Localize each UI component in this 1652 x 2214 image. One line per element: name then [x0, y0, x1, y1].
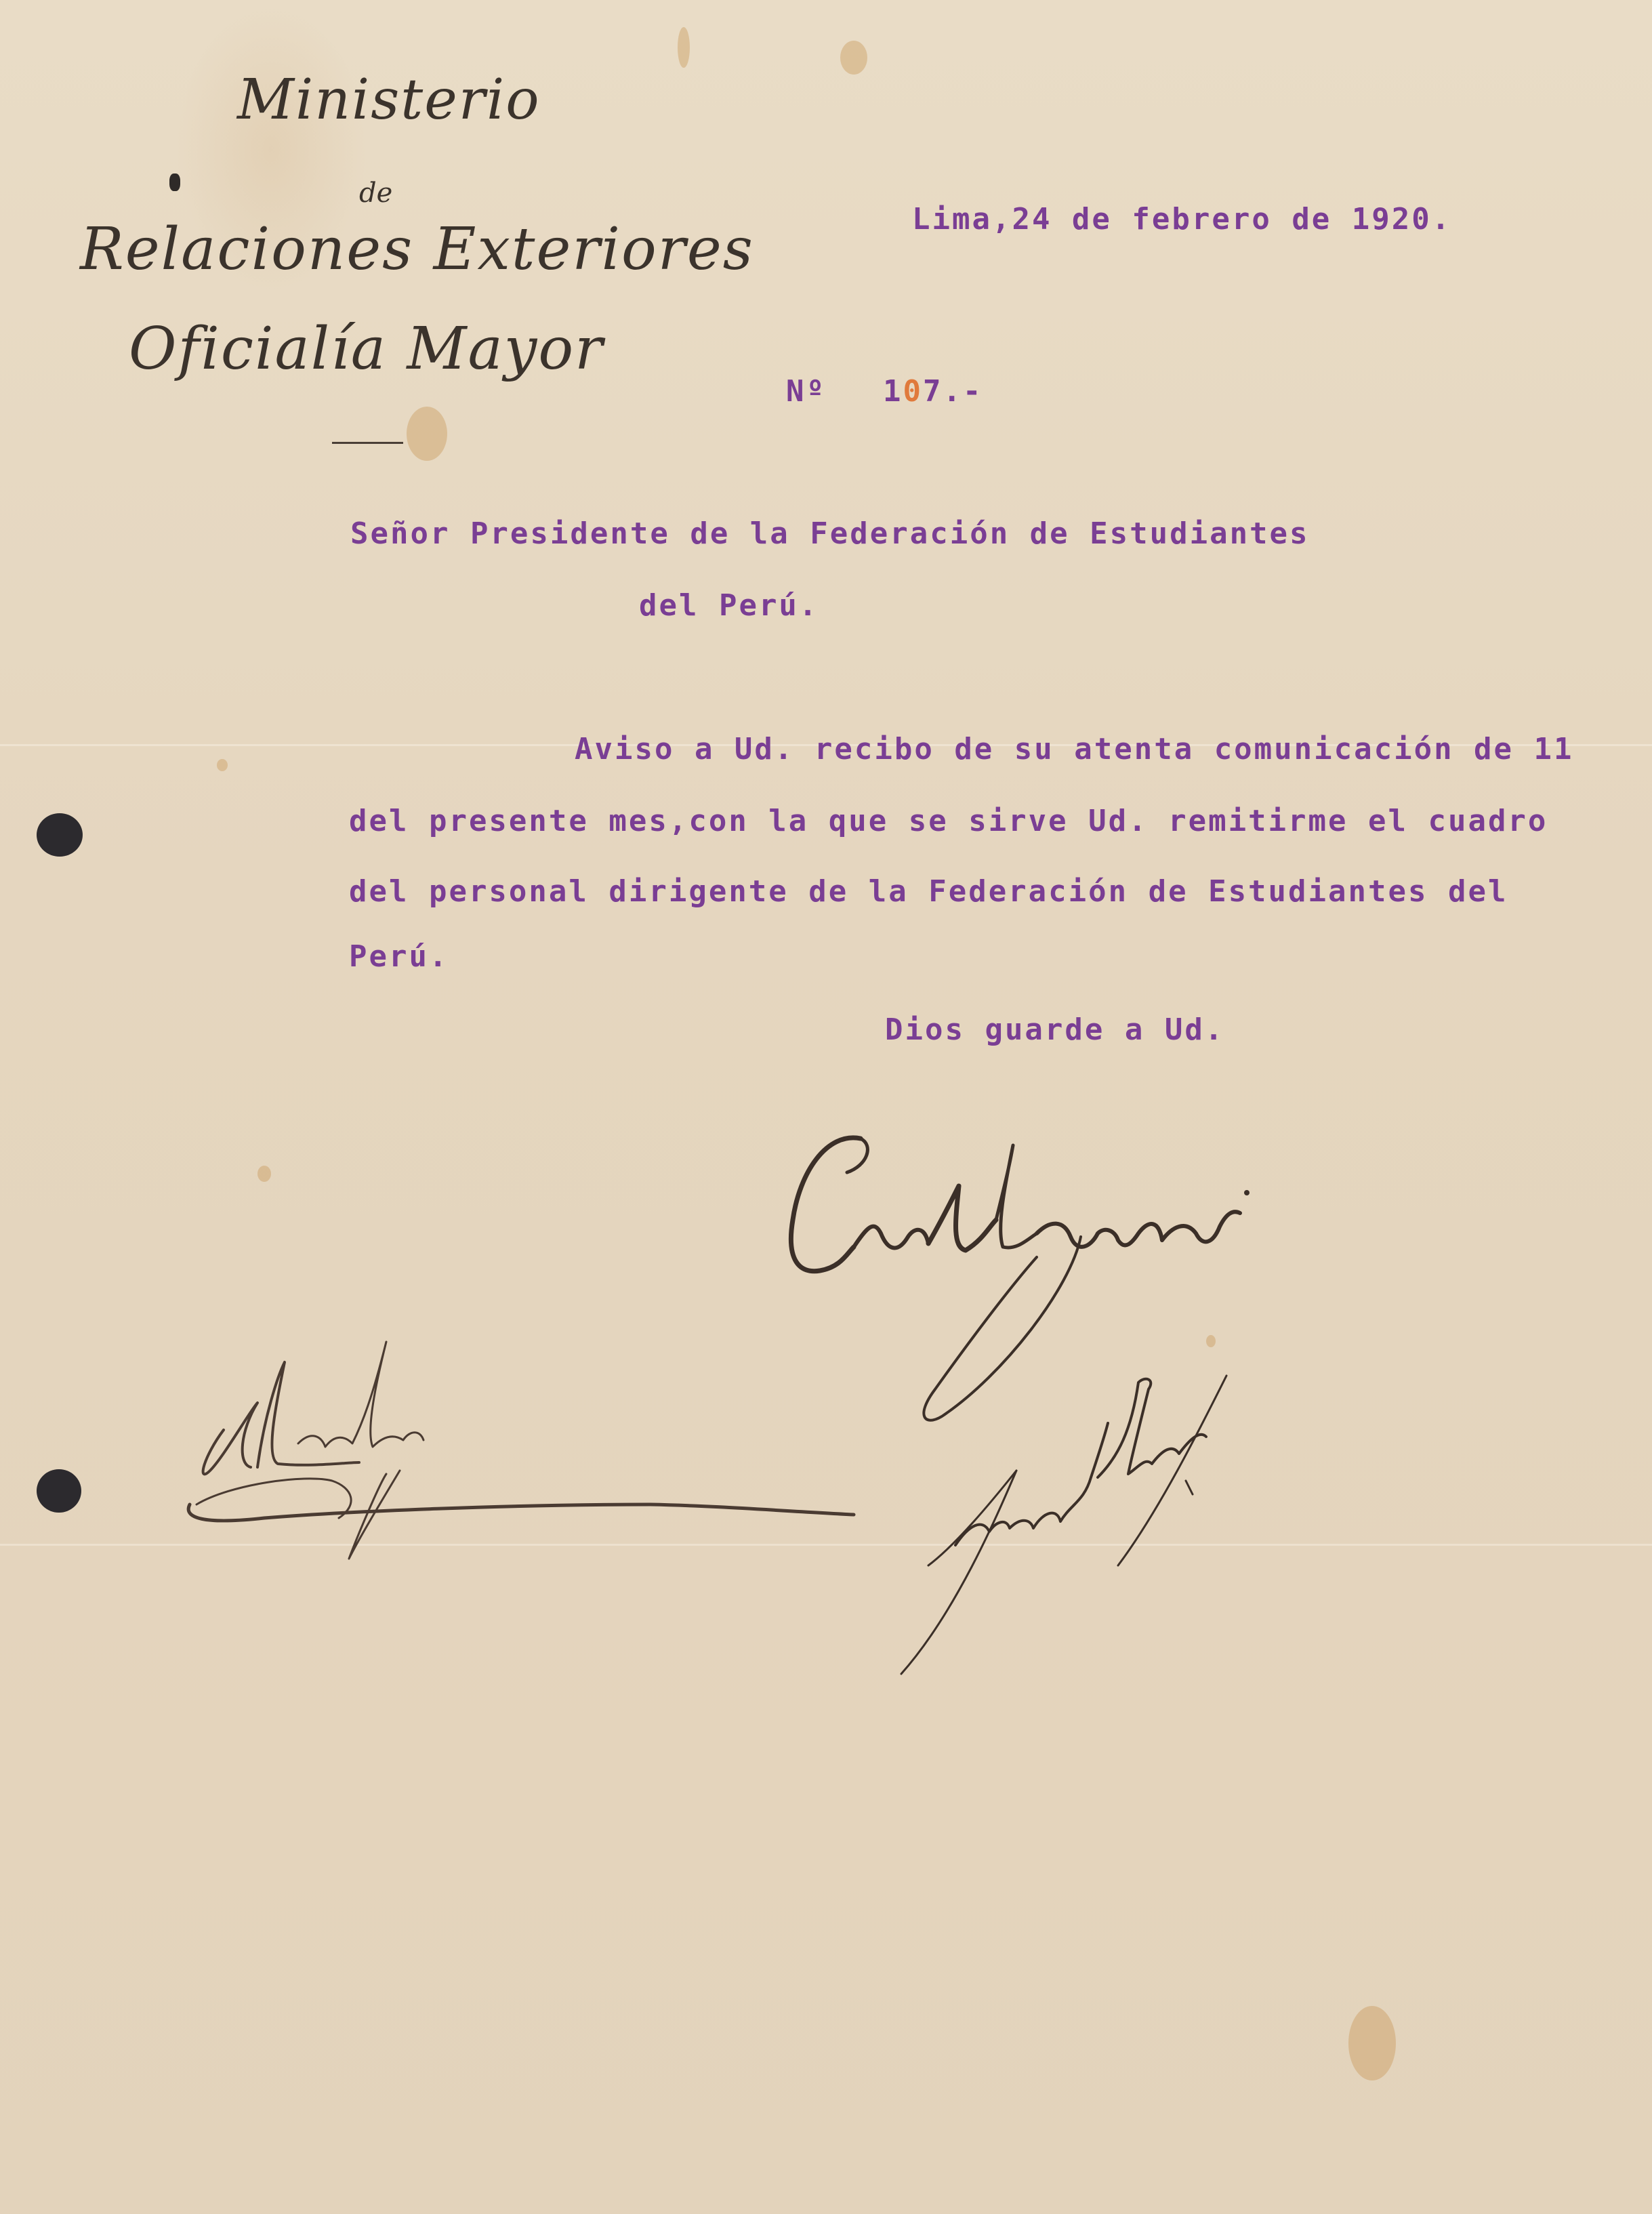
body-line-3: del personal dirigente de la Federación …	[349, 874, 1508, 909]
addressee-line-1: Señor Presidente de la Federación de Est…	[350, 516, 1310, 551]
foxing-stain	[257, 1166, 271, 1182]
addressee-line-2: del Perú.	[639, 588, 819, 623]
foxing-stain	[1348, 2006, 1396, 2080]
date-line: Lima,24 de febrero de 1920.	[912, 202, 1451, 237]
signature-genaro-perez-icon	[874, 1355, 1457, 1681]
closing-line: Dios guarde a Ud.	[885, 1012, 1224, 1047]
ink-smudge	[169, 173, 180, 191]
foxing-stain	[217, 759, 228, 771]
reference-number-highlight: 0	[903, 374, 924, 409]
reference-number: 107.-	[883, 374, 983, 409]
letter-page: Ministerio de Relaciones Exteriores Ofic…	[0, 0, 1652, 2214]
body-line-1: Aviso a Ud. recibo de su atenta comunica…	[575, 732, 1574, 766]
body-line-2: del presente mes,con la que se sirve Ud.…	[349, 804, 1548, 838]
reference-number-suffix: 7.-	[923, 374, 983, 409]
foxing-stain	[840, 41, 867, 75]
letterhead-ministerio: Ministerio	[237, 68, 541, 132]
body-line-4: Perú.	[349, 939, 449, 974]
letterhead-rule	[332, 442, 403, 444]
reference-number-prefix: 1	[883, 374, 903, 409]
handwritten-al-archivo-icon	[176, 1308, 935, 1565]
letterhead-oficialia-mayor: Oficialía Mayor	[129, 315, 604, 383]
letterhead-de: de	[359, 178, 392, 209]
punch-hole	[37, 1469, 81, 1513]
foxing-stain	[678, 27, 690, 68]
archive-note	[176, 1308, 935, 1565]
second-signature	[874, 1355, 1457, 1681]
punch-hole	[37, 813, 83, 857]
reference-label: Nº	[786, 374, 826, 409]
letterhead-relaciones-exteriores: Relaciones Exteriores	[80, 216, 754, 283]
foxing-stain	[407, 407, 447, 461]
